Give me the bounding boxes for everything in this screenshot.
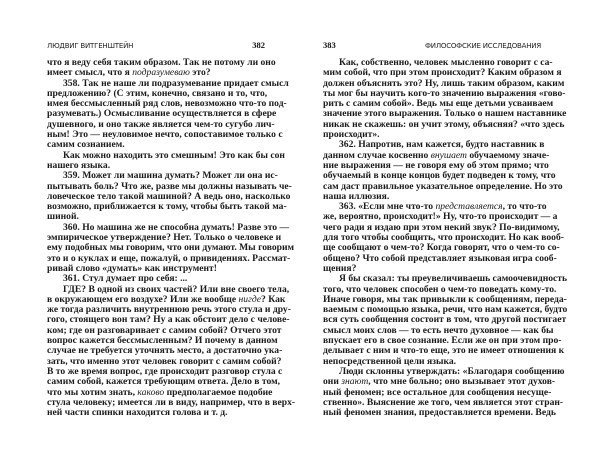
right-page: 383 Философские исследования Как, собств… — [323, 40, 541, 418]
left-body-text: что я веду себя таким образом. Так не по… — [47, 58, 265, 418]
running-head-title: Философские исследования — [425, 42, 541, 50]
right-body-text: Как, собственно, человек мысленно говори… — [323, 58, 541, 418]
text-line: они знают, что мне больно; оно вызывает … — [323, 377, 541, 387]
page-number: 382 — [252, 40, 265, 50]
page-number: 383 — [323, 40, 336, 50]
text-line: ней части спинки находится голова и т. д… — [47, 408, 265, 418]
text-line: ный феномен знания, предоставляется врем… — [323, 408, 541, 418]
text-line: возможно, приближается к тому, чтобы быт… — [47, 202, 265, 212]
right-running-head: 383 Философские исследования — [323, 40, 541, 52]
left-page: Людвиг Витгенштейн 382 что я веду себя т… — [47, 40, 265, 418]
left-running-head: Людвиг Витгенштейн 382 — [47, 40, 265, 52]
running-head-author: Людвиг Витгенштейн — [47, 42, 133, 50]
text-line: 361. Стул думает про себя: ... — [47, 274, 265, 284]
text-line: Я бы сказал: ты преувеличиваешь самоочев… — [323, 274, 541, 284]
